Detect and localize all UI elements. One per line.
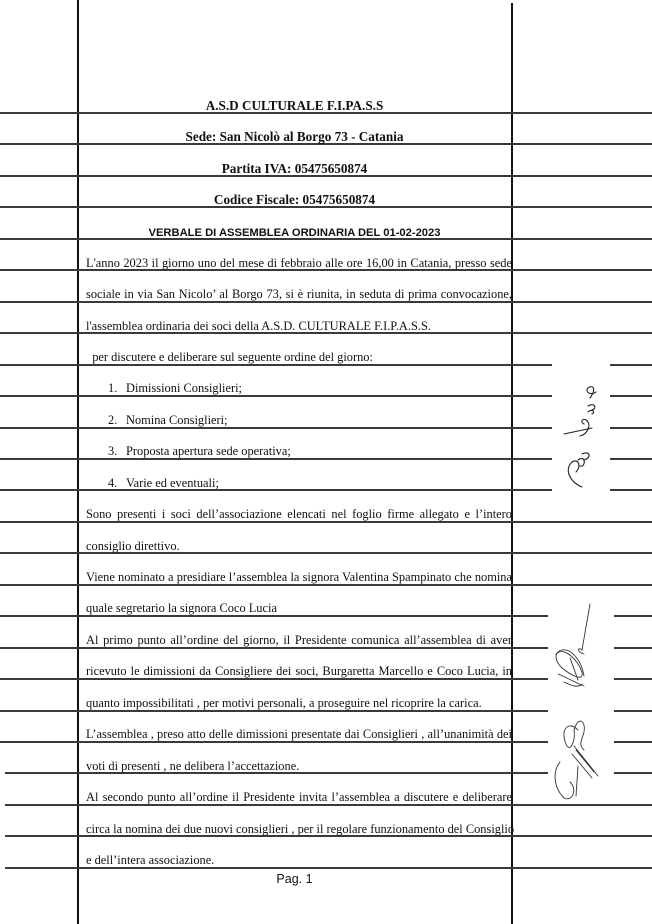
ruled-line [0, 458, 511, 460]
ruled-line [0, 364, 511, 366]
ruled-line [5, 804, 511, 806]
ruled-line [511, 332, 652, 334]
minutes-line: ricevuto le dimissioni da Consigliere de… [86, 664, 512, 678]
minutes-line: L’assemblea , preso atto delle dimission… [86, 727, 512, 741]
agenda-item: 1.Dimissioni Consiglieri; [86, 381, 512, 395]
minutes-line: voti di presenti , ne delibera l’accetta… [86, 759, 512, 773]
ruled-line [0, 301, 511, 303]
minutes-line: consiglio direttivo. [86, 539, 512, 553]
ruled-line [511, 835, 652, 837]
ruled-line [511, 552, 652, 554]
agenda-item: 2.Nomina Consiglieri; [86, 413, 512, 427]
ruled-line [0, 521, 511, 523]
agenda-text: Dimissioni Consiglieri; [126, 381, 242, 395]
codice-fiscale: Codice Fiscale: 05475650874 [78, 193, 511, 207]
ruled-line [0, 741, 511, 743]
ruled-line [0, 615, 511, 617]
ruled-line [0, 710, 511, 712]
minutes-line: Viene nominato a presidiare l’assemblea … [86, 570, 512, 584]
intro-line: sociale in via San Nicolo’ al Borgo 73, … [86, 287, 512, 301]
ruled-line [511, 804, 652, 806]
ruled-line [511, 301, 652, 303]
signature-president [548, 602, 614, 712]
ruled-line [0, 647, 511, 649]
page-number: Pag. 1 [78, 872, 511, 886]
signature-coco-lucia [552, 362, 610, 494]
partita-iva: Partita IVA: 05475650874 [78, 162, 511, 176]
intro-line: per discutere e deliberare sul seguente … [86, 350, 512, 364]
intro-line: L'anno 2023 il giorno uno del mese di fe… [86, 256, 512, 270]
ruled-line [511, 112, 652, 114]
minutes-line: Al secondo punto all’ordine il President… [86, 790, 512, 804]
minutes-line: e dell’intera associazione. [86, 853, 512, 867]
minutes-line: Al primo punto all’ordine del giorno, il… [86, 633, 512, 647]
minutes-line: circa la nomina dei due nuovi consiglier… [86, 822, 512, 836]
ruled-line [511, 143, 652, 145]
ruled-line [0, 584, 511, 586]
ruled-line [0, 678, 511, 680]
minutes-line: quale segretario la signora Coco Lucia [86, 601, 512, 615]
agenda-number: 1. [108, 381, 126, 395]
ruled-line [0, 427, 511, 429]
document-title: VERBALE DI ASSEMBLEA ORDINARIA DEL 01-02… [78, 226, 511, 240]
agenda-number: 3. [108, 444, 126, 458]
agenda-text: Proposta apertura sede operativa; [126, 444, 291, 458]
agenda-text: Nomina Consiglieri; [126, 413, 228, 427]
org-address: Sede: San Nicolò al Borgo 73 - Catania [78, 130, 511, 144]
signature-third [548, 710, 614, 802]
ruled-line [511, 867, 652, 869]
minutes-line: Sono presenti i soci dell’associazione e… [86, 507, 512, 521]
agenda-item: 3.Proposta apertura sede operativa; [86, 444, 512, 458]
agenda-text: Varie ed eventuali; [126, 476, 219, 490]
org-name: A.S.D CULTURALE F.I.PA.S.S [78, 99, 511, 113]
ruled-line [511, 269, 652, 271]
ruled-line [511, 521, 652, 523]
intro-line: l'assemblea ordinaria dei soci della A.S… [86, 319, 512, 333]
ruled-line [511, 584, 652, 586]
ruled-line [5, 867, 511, 869]
agenda-number: 2. [108, 413, 126, 427]
ruled-line [0, 395, 511, 397]
agenda-item: 4.Varie ed eventuali; [86, 476, 512, 490]
ruled-line [511, 175, 652, 177]
minutes-line: quanto impossibilitati , per motivi pers… [86, 696, 512, 710]
agenda-number: 4. [108, 476, 126, 490]
ruled-line [511, 206, 652, 208]
ruled-line [511, 238, 652, 240]
right-margin-rule [511, 3, 513, 924]
